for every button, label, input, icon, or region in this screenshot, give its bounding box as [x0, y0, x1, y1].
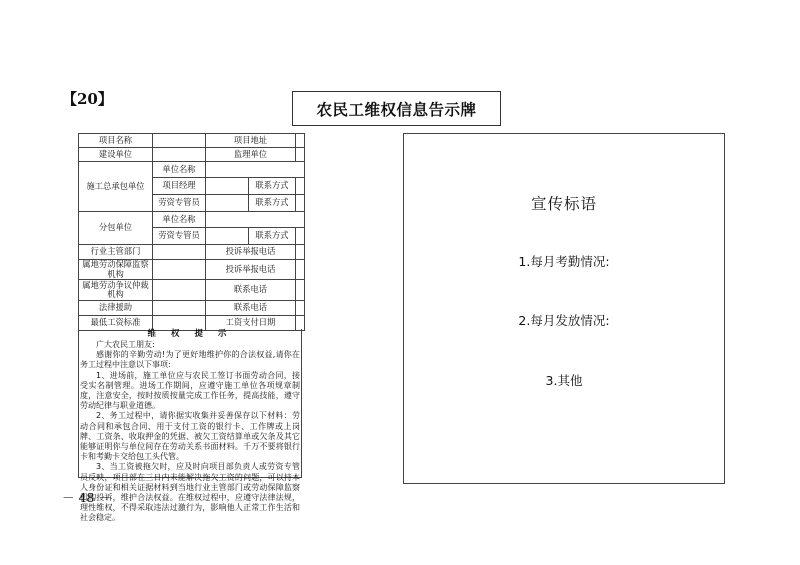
slogan-heading: 宣传标语 [404, 192, 724, 214]
notice-intro: 感谢你的辛勤劳动!为了更好地维护你的合法权益,请你在务工过程中注意以下事项: [80, 350, 300, 370]
project-name-label: 项目名称 [79, 134, 153, 148]
sub-lm-contact-label: 联系方式 [249, 228, 296, 245]
arbitration-phone-label: 联系电话 [206, 280, 296, 301]
notice-title: 维 权 提 示 [80, 329, 300, 340]
sub-labor-manager-value [206, 228, 249, 245]
gc-labor-manager-label: 劳资专管员 [153, 195, 206, 212]
gc-project-manager-label: 项目经理 [153, 178, 206, 195]
labor-inspection-value [153, 260, 206, 280]
inspection-complaint-value [296, 260, 305, 280]
inspection-complaint-label: 投诉举报电话 [206, 260, 296, 280]
legal-aid-value [153, 301, 206, 316]
legal-aid-label: 法律援助 [79, 301, 153, 316]
sub-labor-manager-label: 劳资专管员 [153, 228, 206, 245]
gc-lm-contact-label: 联系方式 [249, 195, 296, 212]
page-number: － 48 － [62, 488, 111, 506]
project-address-value [296, 134, 305, 148]
supervisor-label: 监理单位 [206, 148, 296, 162]
notice-item-1: 1、进场前，施工单位应与农民工签订书面劳动合同，接受实名制管理。进场工作期间，应… [80, 371, 300, 412]
board-title: 农民工维权信息告示牌 [292, 91, 501, 126]
notice-greeting: 广大农民工朋友: [80, 340, 300, 350]
arbitration-label: 属地劳动争议仲裁机构 [79, 280, 153, 301]
industry-complaint-value [296, 245, 305, 260]
gc-unit-name-value [206, 162, 305, 178]
gc-pm-contact-label: 联系方式 [249, 178, 296, 195]
arbitration-value [153, 280, 206, 301]
notice-item-2: 2、务工过程中，请你据实收集并妥善保存以下材料：劳动合同和承包合同、用于支付工资… [80, 411, 300, 462]
industry-dept-value [153, 245, 206, 260]
payment-item: 2.每月发放情况: [404, 311, 724, 329]
info-table: 项目名称 项目地址 建设单位 监理单位 施工总承包单位 单位名称 项目经理 联系… [78, 133, 305, 331]
sub-lm-contact-value [296, 228, 305, 245]
general-contractor-label: 施工总承包单位 [79, 162, 153, 212]
slogan-panel: 宣传标语 1.每月考勤情况: 2.每月发放情况: 3.其他 [403, 133, 725, 484]
builder-value [153, 148, 206, 162]
gc-pm-contact-value [296, 178, 305, 195]
rights-notice: 维 权 提 示 广大农民工朋友: 感谢你的辛勤劳动!为了更好地维护你的合法权益,… [78, 329, 302, 478]
legal-aid-phone-value [296, 301, 305, 316]
industry-dept-label: 行业主管部门 [79, 245, 153, 260]
labor-inspection-label: 属地劳动保障监察机构 [79, 260, 153, 280]
other-item: 3.其他 [404, 371, 724, 389]
project-name-value [153, 134, 206, 148]
attendance-item: 1.每月考勤情况: [404, 252, 724, 270]
gc-project-manager-value [206, 178, 249, 195]
sub-unit-name-value [206, 212, 305, 228]
legal-aid-phone-label: 联系电话 [206, 301, 296, 316]
notice-item-3: 3、当工资被拖欠时，应及时向项目部负责人或劳资专管员反映，项目部在三日内未能解决… [80, 462, 300, 523]
project-address-label: 项目地址 [206, 134, 296, 148]
section-number: 【20】 [62, 88, 113, 109]
builder-label: 建设单位 [79, 148, 153, 162]
supervisor-value [296, 148, 305, 162]
gc-lm-contact-value [296, 195, 305, 212]
gc-labor-manager-value [206, 195, 249, 212]
arbitration-phone-value [296, 280, 305, 301]
subcontractor-label: 分包单位 [79, 212, 153, 245]
gc-unit-name-label: 单位名称 [153, 162, 206, 178]
sub-unit-name-label: 单位名称 [153, 212, 206, 228]
industry-complaint-label: 投诉举报电话 [206, 245, 296, 260]
